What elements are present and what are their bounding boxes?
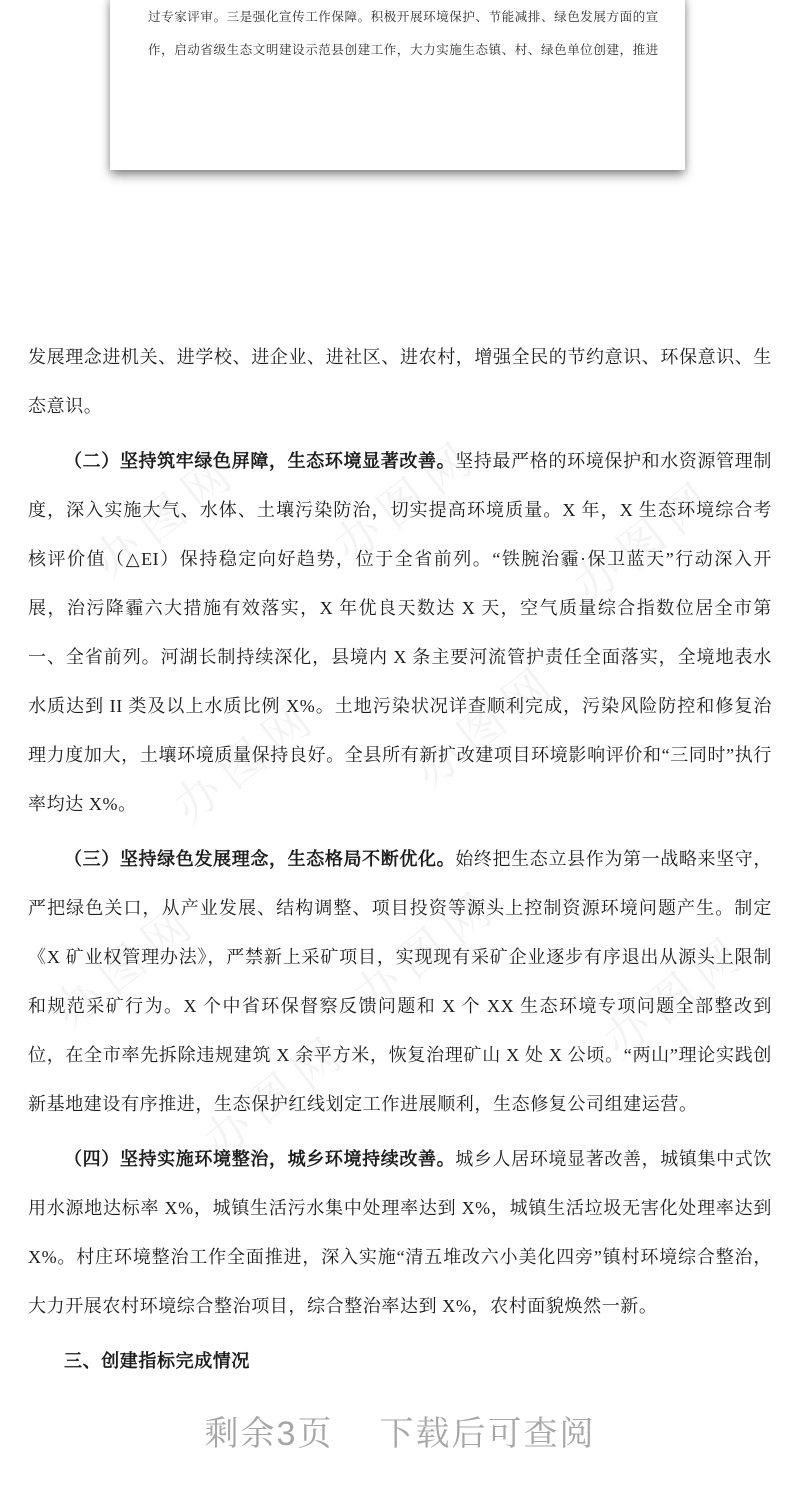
- paragraph-3: （三）坚持绿色发展理念，生态格局不断优化。始终把生态立县作为第一战略来坚守，严把…: [28, 835, 772, 1129]
- paragraph-lead: （四）坚持实施环境整治，城乡环境持续改善。: [64, 1149, 455, 1169]
- paragraph-2: （二）坚持筑牢绿色屏障，生态环境显著改善。坚持最严格的环境保护和水资源管理制度，…: [28, 437, 772, 829]
- download-hint-label: 下载后可查阅: [379, 1406, 595, 1455]
- paragraph-lead: （二）坚持筑牢绿色屏障，生态环境显著改善。: [64, 451, 455, 471]
- thumbnail-text-line: 作，启动省级生态文明建设示范县创建工作，大力实施生态镇、村、绿色单位创建，推进绿…: [148, 34, 659, 67]
- paragraph-text: 始终把生态立县作为第一战略来坚守，严把绿色关口，从产业发展、结构调整、项目投资等…: [28, 849, 772, 1114]
- remaining-pages-label: 剩余3页: [205, 1406, 334, 1455]
- document-body: 发展理念进机关、进学校、进企业、进社区、进农村，增强全民的节约意识、环保意识、生…: [28, 333, 772, 1386]
- section-heading: 三、创建指标完成情况: [28, 1337, 772, 1386]
- footer-hint: 剩余3页 下载后可查阅: [0, 1406, 800, 1455]
- paragraph-continuation: 发展理念进机关、进学校、进企业、进社区、进农村，增强全民的节约意识、环保意识、生…: [28, 333, 772, 431]
- thumbnail-text-line: 过专家评审。三是强化宣传工作保障。积极开展环境保护、节能减排、绿色发展方面的宣传…: [148, 1, 659, 34]
- paragraph-text: 发展理念进机关、进学校、进企业、进社区、进农村，增强全民的节约意识、环保意识、生…: [28, 347, 772, 416]
- paragraph-text: 坚持最严格的环境保护和水资源管理制度，深入实施大气、水体、土壤污染防治，切实提高…: [28, 451, 772, 814]
- paragraph-lead: （三）坚持绿色发展理念，生态格局不断优化。: [64, 849, 455, 869]
- page-thumbnail: 过专家评审。三是强化宣传工作保障。积极开展环境保护、节能减排、绿色发展方面的宣传…: [110, 0, 685, 170]
- paragraph-text: 城乡人居环境显著改善，城镇集中式饮用水源地达标率 X%，城镇生活污水集中处理率达…: [28, 1149, 772, 1316]
- page-thumbnail-content: 过专家评审。三是强化宣传工作保障。积极开展环境保护、节能减排、绿色发展方面的宣传…: [110, 0, 685, 67]
- paragraph-4: （四）坚持实施环境整治，城乡环境持续改善。城乡人居环境显著改善，城镇集中式饮用水…: [28, 1135, 772, 1331]
